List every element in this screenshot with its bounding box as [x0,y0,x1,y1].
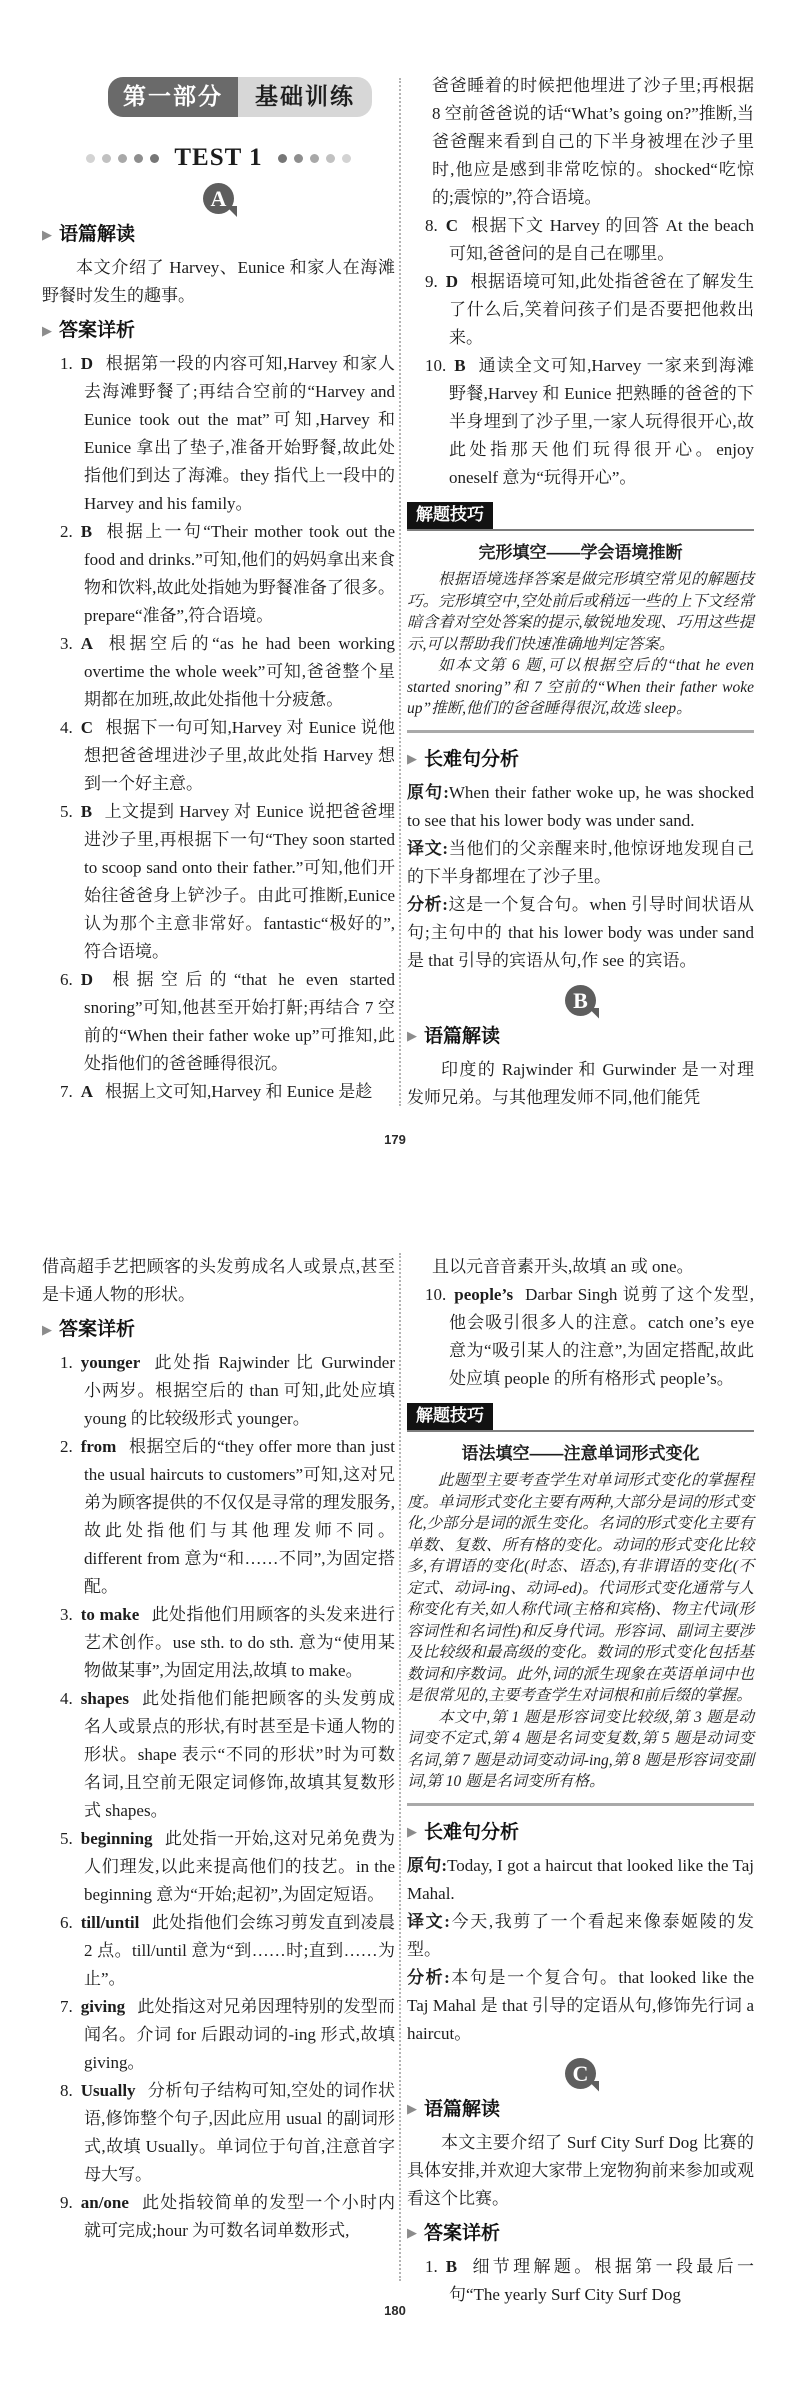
answers-heading: ▶ 答案详析 [42,1315,395,1345]
technique-label: 解题技巧 [407,502,493,529]
reading-analysis-heading: ▶ 语篇解读 [407,1022,754,1052]
dot-icon [102,154,111,163]
answer-item: 8.Usually分析句子结构可知,空处的词作状语,修饰整个句子,因此应用 us… [42,2077,395,2189]
answer-item: 9.an/one此处指较简单的发型一个小时内就可完成;hour 为可数名词单数形… [42,2189,395,2245]
dot-icon [326,154,335,163]
dot-icon [294,154,303,163]
answer-item: 6.till/until此处指他们会练习剪发直到凌晨 2 点。till/unti… [42,1909,395,1993]
answer-item: 1.B细节理解题。根据第一段最后一句“The yearly Surf City … [407,2253,754,2309]
answer-item: 3.to make此处指他们用顾客的头发来进行艺术创作。use sth. to … [42,1601,395,1685]
section-arrow-icon: ▶ [42,229,52,242]
sentence-translation: 译文:当他们的父亲醒来时,他惊讶地发现自己的下半身都埋在了沙子里。 [407,835,754,891]
page-number: 179 [0,1132,790,1148]
answer-item: 9.D根据语境可知,此处指爸爸在了解发生了什么后,笑着问孩子们是否要把他救出来。 [407,268,754,352]
passage-c-badge: C [565,2058,596,2089]
part-badge-title: 基础训练 [238,77,372,117]
reading-analysis-heading: ▶ 语篇解读 [42,220,395,250]
section-arrow-icon: ▶ [407,1030,417,1043]
answer-item: 6.D根据空后的“that he even started snoring”可知… [42,966,395,1078]
answer-item: 7.giving此处指这对兄弟因理特别的发型而闻名。介词 for 后跟动词的-i… [42,1993,395,2077]
page-179: 第一部分 基础训练 TEST 1 A ▶ 语篇解读 本文 [0,0,790,1235]
dot-icon [278,154,287,163]
test-title: TEST 1 [174,143,262,173]
page180-right-column: 且以元音音素开头,故填 an 或 one。 10.people’sDarbar … [407,1253,754,2309]
page179-left-column: 第一部分 基础训练 TEST 1 A ▶ 语篇解读 本文 [42,0,395,1112]
answer-item: 5.B上文提到 Harvey 对 Eunice 说把爸爸埋进沙子里,再根据下一句… [42,798,395,966]
technique-box: 解题技巧 完形填空——学会语境推断 根据语境选择答案是做完形填空常见的解题技巧。… [407,502,754,733]
answer-item: 4.shapes此处指他们能把顾客的头发剪成名人或景点的形状,有时甚至是卡通人物… [42,1685,395,1825]
reading-analysis-text: 印度的 Rajwinder 和 Gurwinder 是一对理发师兄弟。与其他理发… [407,1056,754,1112]
page180-left-column: 借高超手艺把顾客的头发剪成名人或景点,甚至是卡通人物的形状。 ▶ 答案详析 1.… [42,1253,395,2309]
sentence-analysis-text: 分析:本句是一个复合句。that looked like the Taj Mah… [407,1964,754,2048]
technique-box: 解题技巧 语法填空——注意单词形式变化 此题型主要考查学生对单词形式变化的掌握程… [407,1403,754,1806]
reading-analysis-text: 本文介绍了 Harvey、Eunice 和家人在海滩野餐时发生的趣事。 [42,254,395,310]
page-number: 180 [0,2303,790,2319]
technique-paragraph: 如本文第 6 题,可以根据空后的“that he even started sn… [407,655,754,720]
sentence-analysis-heading: ▶ 长难句分析 [407,1818,754,1848]
dot-icon [150,154,159,163]
reading-analysis-heading: ▶ 语篇解读 [407,2095,754,2125]
answer-item: 10.people’sDarbar Singh 说剪了这个发型,他会吸引很多人的… [407,1281,754,1393]
technique-title: 完形填空——学会语境推断 [407,540,754,566]
answers-heading: ▶ 答案详析 [407,2219,754,2249]
dot-icon [86,154,95,163]
sentence-analysis-text: 分析:这是一个复合句。when 引导时间状语从句;主句中的 that his l… [407,891,754,975]
technique-paragraph: 本文中,第 1 题是形容词变比较级,第 3 题是动词变不定式,第 4 题是名词变… [407,1707,754,1793]
dot-icon [134,154,143,163]
sentence-analysis-heading: ▶ 长难句分析 [407,745,754,775]
answer-item: 8.C根据下文 Harvey 的回答 At the beach 可知,爸爸问的是… [407,212,754,268]
technique-paragraph: 此题型主要考查学生对单词形式变化的掌握程度。单词形式变化主要有两种,大部分是词的… [407,1470,754,1707]
answer-item: 1.younger此处指 Rajwinder 比 Gurwinder 小两岁。根… [42,1349,395,1433]
section-arrow-icon: ▶ [407,2227,417,2240]
answer-item-continuation: 且以元音音素开头,故填 an 或 one。 [407,1253,754,1281]
technique-closing-rule [407,1803,754,1806]
column-divider [399,1253,401,2281]
technique-header-rule: 解题技巧 [407,502,754,531]
dot-icon [310,154,319,163]
section-arrow-icon: ▶ [42,325,52,338]
test-title-row: TEST 1 [42,143,395,173]
answers-heading: ▶ 答案详析 [42,316,395,346]
section-arrow-icon: ▶ [407,2103,417,2116]
section-arrow-icon: ▶ [407,753,417,766]
passage-b-badge: B [565,985,596,1016]
passage-a-badge: A [203,183,234,214]
sentence-analysis: ▶ 长难句分析 原句:When their father woke up, he… [407,745,754,975]
section-arrow-icon: ▶ [42,1324,52,1337]
technique-body: 此题型主要考查学生对单词形式变化的掌握程度。单词形式变化主要有两种,大部分是词的… [407,1470,754,1793]
column-divider [399,78,401,1106]
answer-item: 1.D根据第一段的内容可知,Harvey 和家人去海滩野餐了;再结合空前的“Ha… [42,350,395,518]
reading-analysis-continuation: 借高超手艺把顾客的头发剪成名人或景点,甚至是卡通人物的形状。 [42,1253,395,1309]
answer-item: 10.B通读全文可知,Harvey 一家来到海滩野餐,Harvey 和 Euni… [407,352,754,492]
technique-header-rule: 解题技巧 [407,1403,754,1432]
page179-right-column: 爸爸睡着的时候把他埋进了沙子里;再根据 8 空前爸爸说的话“What’s goi… [407,72,754,1112]
sentence-translation: 译文:今天,我剪了一个看起来像泰姬陵的发型。 [407,1908,754,1964]
sentence-original: 原句:When their father woke up, he was sho… [407,779,754,835]
technique-paragraph: 根据语境选择答案是做完形填空常见的解题技巧。完形填空中,空处前后或稍远一些的上下… [407,569,754,655]
technique-closing-rule [407,730,754,733]
technique-title: 语法填空——注意单词形式变化 [407,1441,754,1467]
technique-label: 解题技巧 [407,1403,493,1430]
answer-item: 5.beginning此处指一开始,这对兄弟免费为人们理发,以此来提高他们的技艺… [42,1825,395,1909]
dot-icon [118,154,127,163]
answer-item: 4.C根据下一句可知,Harvey 对 Eunice 说他想把爸爸埋进沙子里,故… [42,714,395,798]
answer-item: 3.A根据空后的“as he had been working overtime… [42,630,395,714]
answer-item: 2.B根据上一句“Their mother took out the food … [42,518,395,630]
answer-item: 7.A根据上文可知,Harvey 和 Eunice 是趁 [42,1078,395,1106]
reading-analysis-text: 本文主要介绍了 Surf City Surf Dog 比赛的具体安排,并欢迎大家… [407,2129,754,2213]
dot-icon [342,154,351,163]
answer-item: 2.from根据空后的“they offer more than just th… [42,1433,395,1601]
sentence-analysis: ▶ 长难句分析 原句:Today, I got a haircut that l… [407,1818,754,2048]
page-180: 借高超手艺把顾客的头发剪成名人或景点,甚至是卡通人物的形状。 ▶ 答案详析 1.… [0,1235,790,2387]
sentence-original: 原句:Today, I got a haircut that looked li… [407,1852,754,1908]
part-badge: 第一部分 基础训练 [108,77,372,117]
part-badge-label: 第一部分 [108,77,238,117]
technique-body: 根据语境选择答案是做完形填空常见的解题技巧。完形填空中,空处前后或稍远一些的上下… [407,569,754,720]
answer-item-continuation: 爸爸睡着的时候把他埋进了沙子里;再根据 8 空前爸爸说的话“What’s goi… [407,72,754,212]
section-arrow-icon: ▶ [407,1826,417,1839]
